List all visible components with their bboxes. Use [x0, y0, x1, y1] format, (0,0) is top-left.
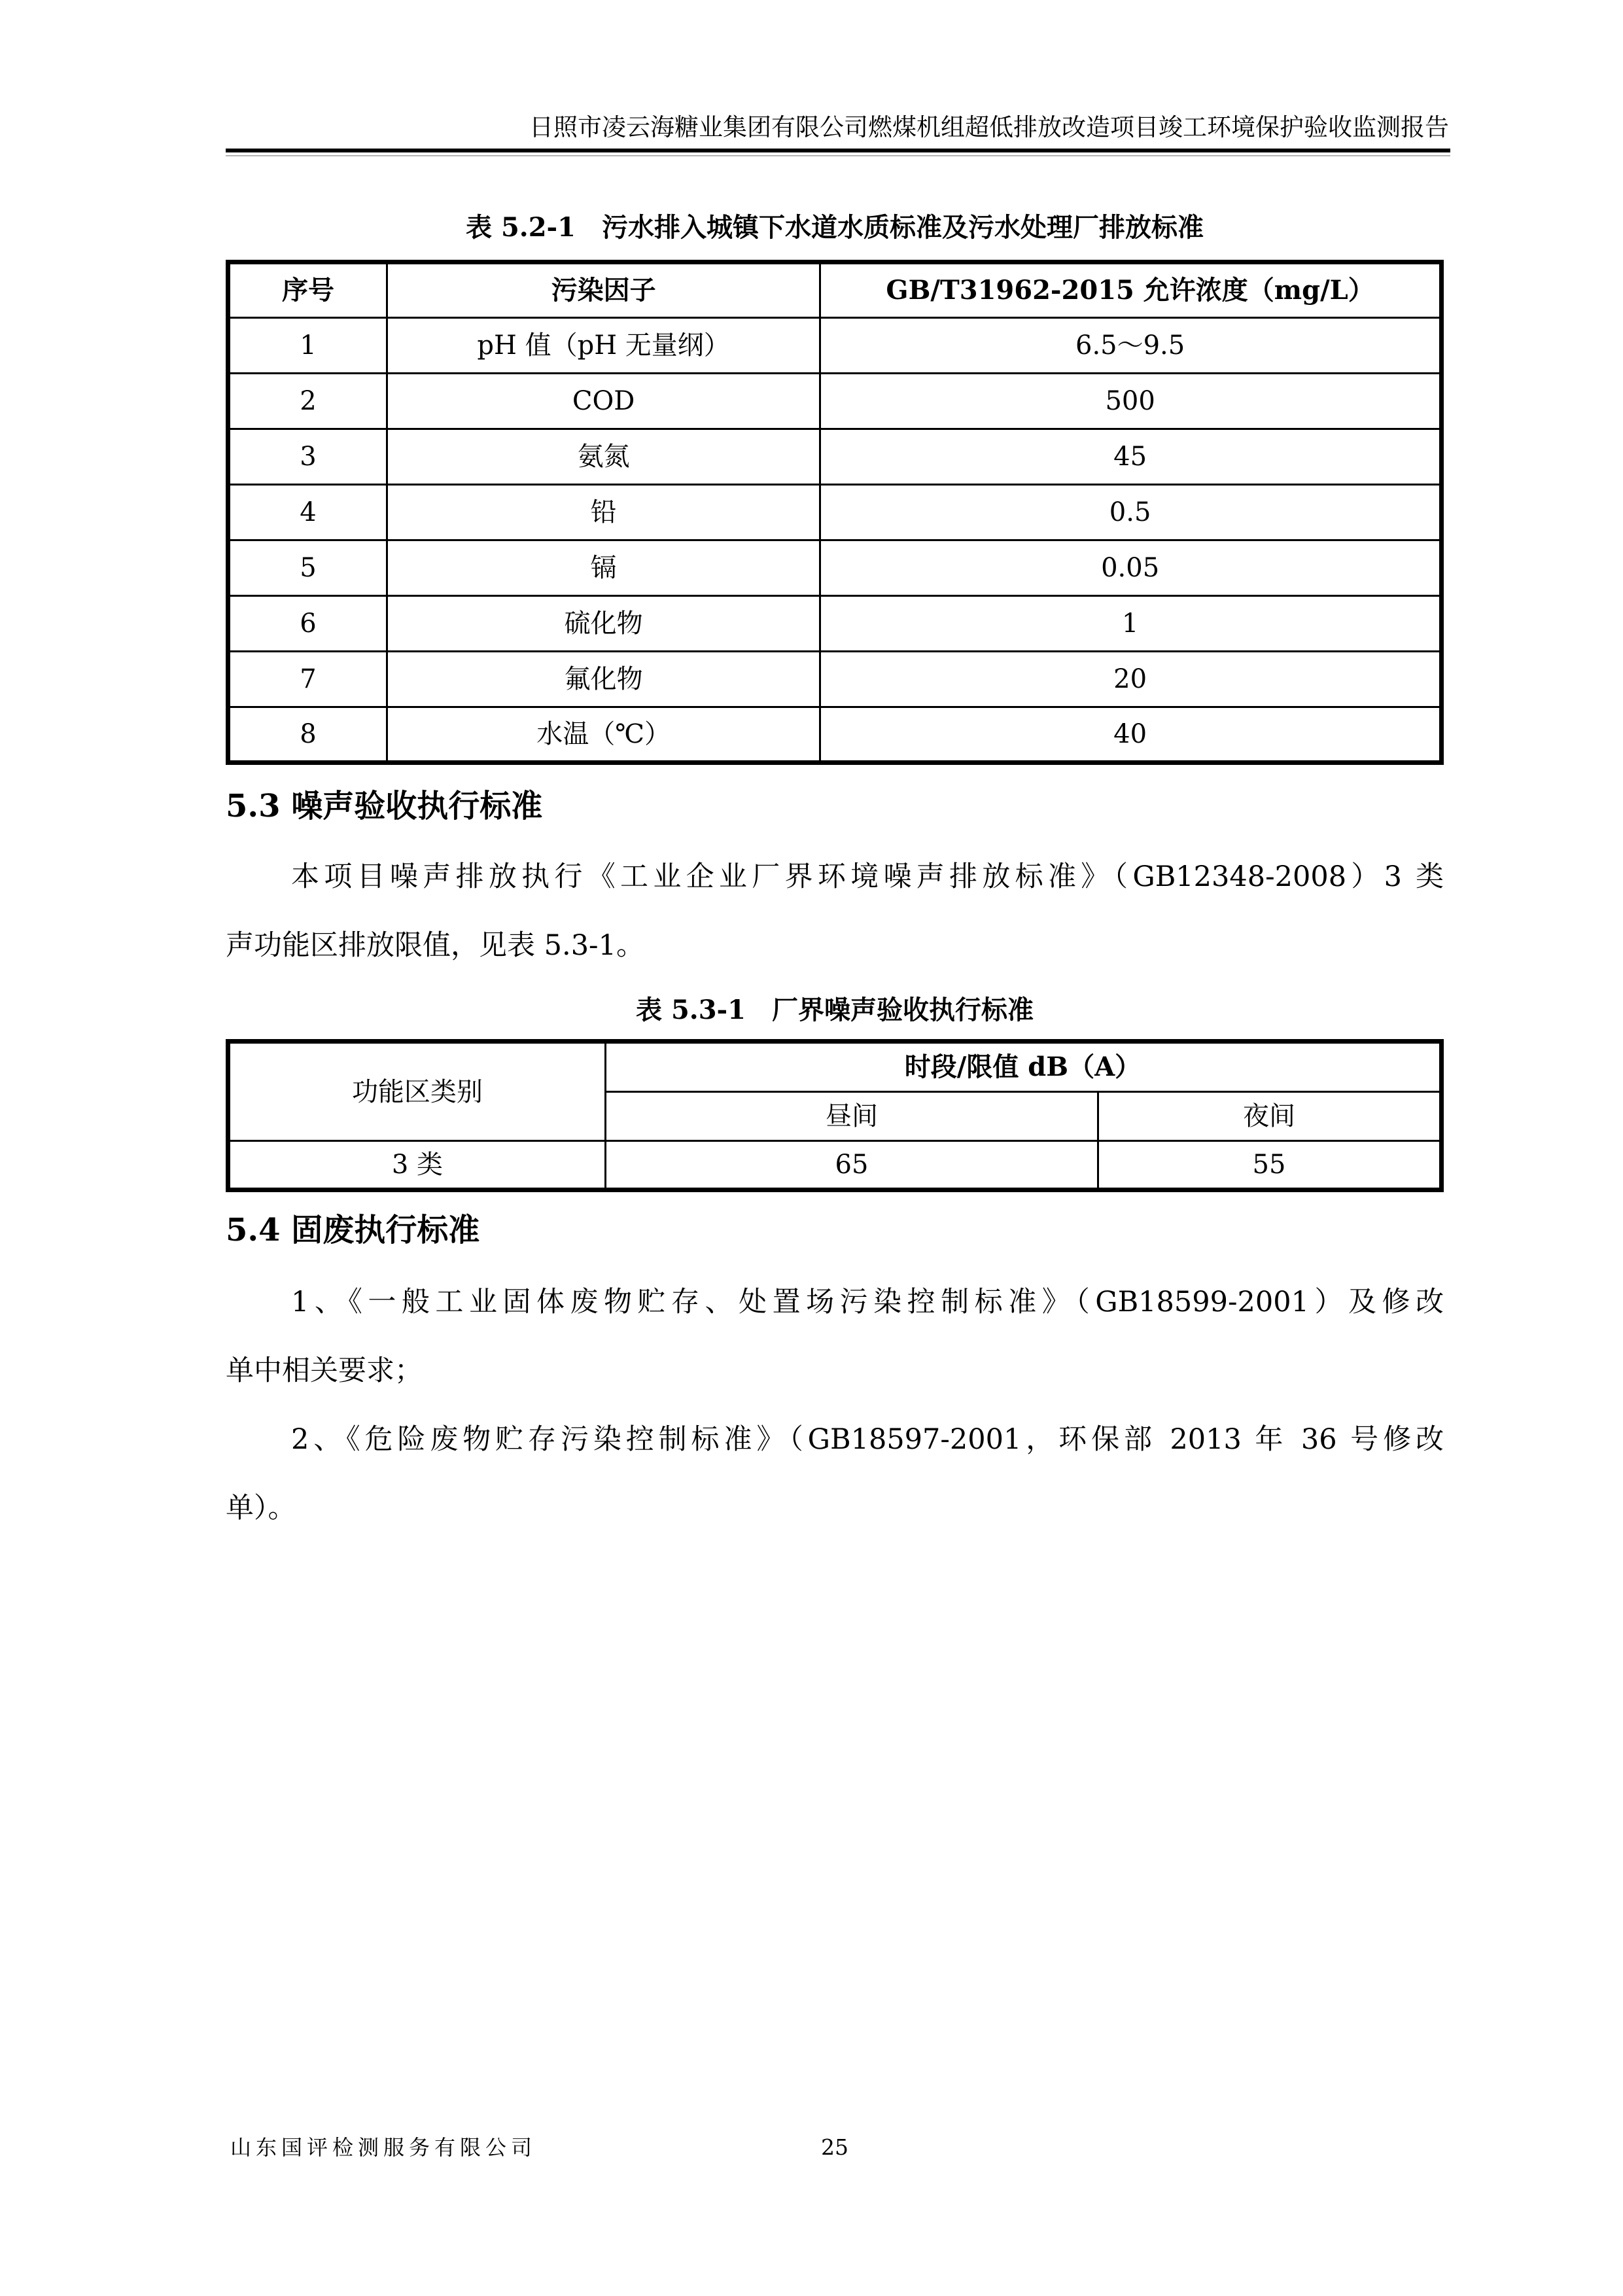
- table-cell: 1: [820, 596, 1442, 652]
- section-54-heading: 5.4 固废执行标准: [226, 1209, 480, 1251]
- table-cell: pH 值（pH 无量纲）: [387, 318, 820, 374]
- column-header-daytime: 昼间: [605, 1092, 1098, 1141]
- header-rule-shadow: [226, 155, 1450, 156]
- table-cell: 6: [228, 596, 387, 652]
- table-cell: 1: [228, 318, 387, 374]
- section-54-paragraphs: 1、《一般工业固体废物贮存、处置场污染控制标准》（GB18599-2001）及修…: [226, 1268, 1444, 1543]
- table-cell: 0.5: [820, 485, 1442, 540]
- header-rule: [226, 149, 1450, 152]
- paragraph-line: 声功能区排放限值，见表 5.3-1。: [226, 911, 1444, 980]
- table-cell: 55: [1098, 1141, 1442, 1190]
- column-header-pollutant: 污染因子: [387, 262, 820, 318]
- table-header-row: 序号 污染因子 GB/T31962-2015 允许浓度（mg/L）: [228, 262, 1442, 318]
- table-row: 5 镉 0.05: [228, 540, 1442, 596]
- table-521-title: 表 5.2-1 污水排入城镇下水道水质标准及污水处理厂排放标准: [226, 211, 1444, 245]
- table-cell: 5: [228, 540, 387, 596]
- table-cell: 镉: [387, 540, 820, 596]
- table-header-row: 功能区类别 时段/限值 dB（A）: [228, 1042, 1442, 1092]
- column-header-index: 序号: [228, 262, 387, 318]
- column-header-limit: GB/T31962-2015 允许浓度（mg/L）: [820, 262, 1442, 318]
- paragraph-line: 单）。: [226, 1474, 1444, 1543]
- table-cell: 3 类: [228, 1141, 606, 1190]
- table-cell: 3: [228, 429, 387, 485]
- footer-page-number: 25: [226, 2133, 1444, 2162]
- table-row: 3 类 65 55: [228, 1141, 1442, 1190]
- table-cell: 氨氮: [387, 429, 820, 485]
- table-row: 1 pH 值（pH 无量纲） 6.5～9.5: [228, 318, 1442, 374]
- table-cell: 2: [228, 374, 387, 429]
- section-53-paragraph: 本项目噪声排放执行《工业企业厂界环境噪声排放标准》（GB12348-2008）3…: [226, 843, 1444, 980]
- table-cell: 7: [228, 652, 387, 707]
- table-cell: 20: [820, 652, 1442, 707]
- table-row: 7 氟化物 20: [228, 652, 1442, 707]
- table-cell: 45: [820, 429, 1442, 485]
- table-cell: 6.5～9.5: [820, 318, 1442, 374]
- paragraph-line: 本项目噪声排放执行《工业企业厂界环境噪声排放标准》（GB12348-2008）3…: [226, 843, 1444, 911]
- table-cell: 水温（℃）: [387, 707, 820, 763]
- table-row: 4 铅 0.5: [228, 485, 1442, 540]
- section-53-heading: 5.3 噪声验收执行标准: [226, 785, 542, 827]
- column-header-limit-span: 时段/限值 dB（A）: [605, 1042, 1441, 1092]
- table-cell: 4: [228, 485, 387, 540]
- table-row: 3 氨氮 45: [228, 429, 1442, 485]
- table-531-title: 表 5.3-1 厂界噪声验收执行标准: [226, 993, 1444, 1027]
- table-cell: COD: [387, 374, 820, 429]
- table-row: 6 硫化物 1: [228, 596, 1442, 652]
- table-row: 8 水温（℃） 40: [228, 707, 1442, 763]
- table-cell: 铅: [387, 485, 820, 540]
- running-header-title: 日照市凌云海糖业集团有限公司燃煤机组超低排放改造项目竣工环境保护验收监测报告: [226, 113, 1449, 143]
- table-cell: 65: [605, 1141, 1098, 1190]
- column-header-night: 夜间: [1098, 1092, 1442, 1141]
- paragraph-line: 单中相关要求；: [226, 1337, 1444, 1405]
- noise-standards-table: 功能区类别 时段/限值 dB（A） 昼间 夜间 3 类 65 55: [226, 1039, 1444, 1192]
- table-cell: 硫化物: [387, 596, 820, 652]
- table-cell: 8: [228, 707, 387, 763]
- paragraph-line: 1、《一般工业固体废物贮存、处置场污染控制标准》（GB18599-2001）及修…: [226, 1268, 1444, 1337]
- table-cell: 氟化物: [387, 652, 820, 707]
- wastewater-standards-table: 序号 污染因子 GB/T31962-2015 允许浓度（mg/L） 1 pH 值…: [226, 260, 1444, 765]
- table-cell: 40: [820, 707, 1442, 763]
- document-page: 日照市凌云海糖业集团有限公司燃煤机组超低排放改造项目竣工环境保护验收监测报告 表…: [0, 0, 1623, 2296]
- column-header-function-zone: 功能区类别: [228, 1042, 606, 1141]
- paragraph-line: 2、《危险废物贮存污染控制标准》（GB18597-2001，环保部 2013 年…: [226, 1405, 1444, 1474]
- table-row: 2 COD 500: [228, 374, 1442, 429]
- table-cell: 500: [820, 374, 1442, 429]
- table-cell: 0.05: [820, 540, 1442, 596]
